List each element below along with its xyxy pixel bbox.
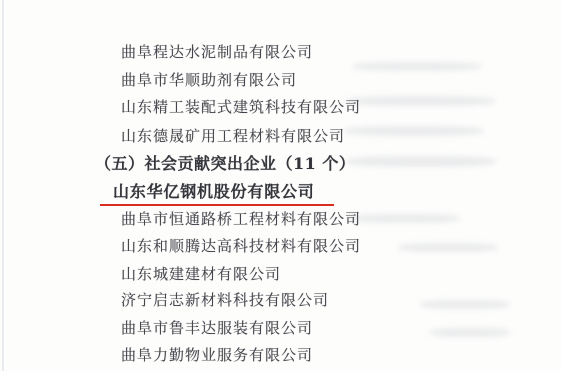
company-name-line: 曲阜市鲁丰达服装有限公司 — [121, 321, 313, 336]
company-name-line: 曲阜市华顺助剂有限公司 — [121, 73, 297, 88]
company-name-line: 山东精工装配式建筑科技有限公司 — [121, 100, 361, 115]
line-text: 山东城建建材有限公司 — [121, 265, 281, 283]
company-name-line: 山东城建建材有限公司 — [121, 267, 281, 282]
scan-artifact — [346, 156, 496, 167]
line-text: 山东华亿钢机股份有限公司 — [100, 184, 334, 206]
company-name-line: 山东德晟矿用工程材料有限公司 — [121, 129, 345, 144]
line-text: 曲阜程达水泥制品有限公司 — [121, 43, 313, 61]
scan-artifact — [352, 62, 482, 71]
line-text: 济宁启志新材料科技有限公司 — [121, 291, 329, 309]
line-text: （五）社会贡献突出企业（11 个） — [95, 154, 355, 173]
company-name-line: 曲阜力勤物业服务有限公司 — [121, 348, 313, 363]
line-text: 曲阜市鲁丰达服装有限公司 — [121, 319, 313, 337]
line-text: 曲阜市恒通路桥工程材料有限公司 — [121, 210, 361, 228]
scan-artifact — [420, 300, 510, 309]
line-text: 山东精工装配式建筑科技有限公司 — [121, 98, 361, 116]
line-text: 曲阜力勤物业服务有限公司 — [121, 346, 313, 364]
company-name-line: 曲阜程达水泥制品有限公司 — [121, 45, 313, 60]
line-text: 山东和顺腾达高科技材料有限公司 — [121, 237, 361, 255]
scan-artifact — [398, 243, 498, 252]
company-name-line: 山东和顺腾达高科技材料有限公司 — [121, 239, 361, 254]
scanned-document-page: 曲阜程达水泥制品有限公司曲阜市华顺助剂有限公司山东精工装配式建筑科技有限公司山东… — [0, 0, 562, 371]
section-heading: （五）社会贡献突出企业（11 个） — [95, 156, 355, 172]
company-name-line: 济宁启志新材料科技有限公司 — [121, 293, 329, 308]
scan-artifact — [430, 328, 510, 337]
line-text: 曲阜市华顺助剂有限公司 — [121, 71, 297, 89]
highlighted-company-line: 山东华亿钢机股份有限公司 — [100, 184, 334, 206]
scan-artifact — [350, 214, 460, 223]
scan-artifact — [344, 126, 484, 136]
page-left-edge — [2, 0, 4, 371]
scan-artifact — [346, 96, 496, 106]
company-name-line: 曲阜市恒通路桥工程材料有限公司 — [121, 212, 361, 227]
line-text: 山东德晟矿用工程材料有限公司 — [121, 127, 345, 145]
